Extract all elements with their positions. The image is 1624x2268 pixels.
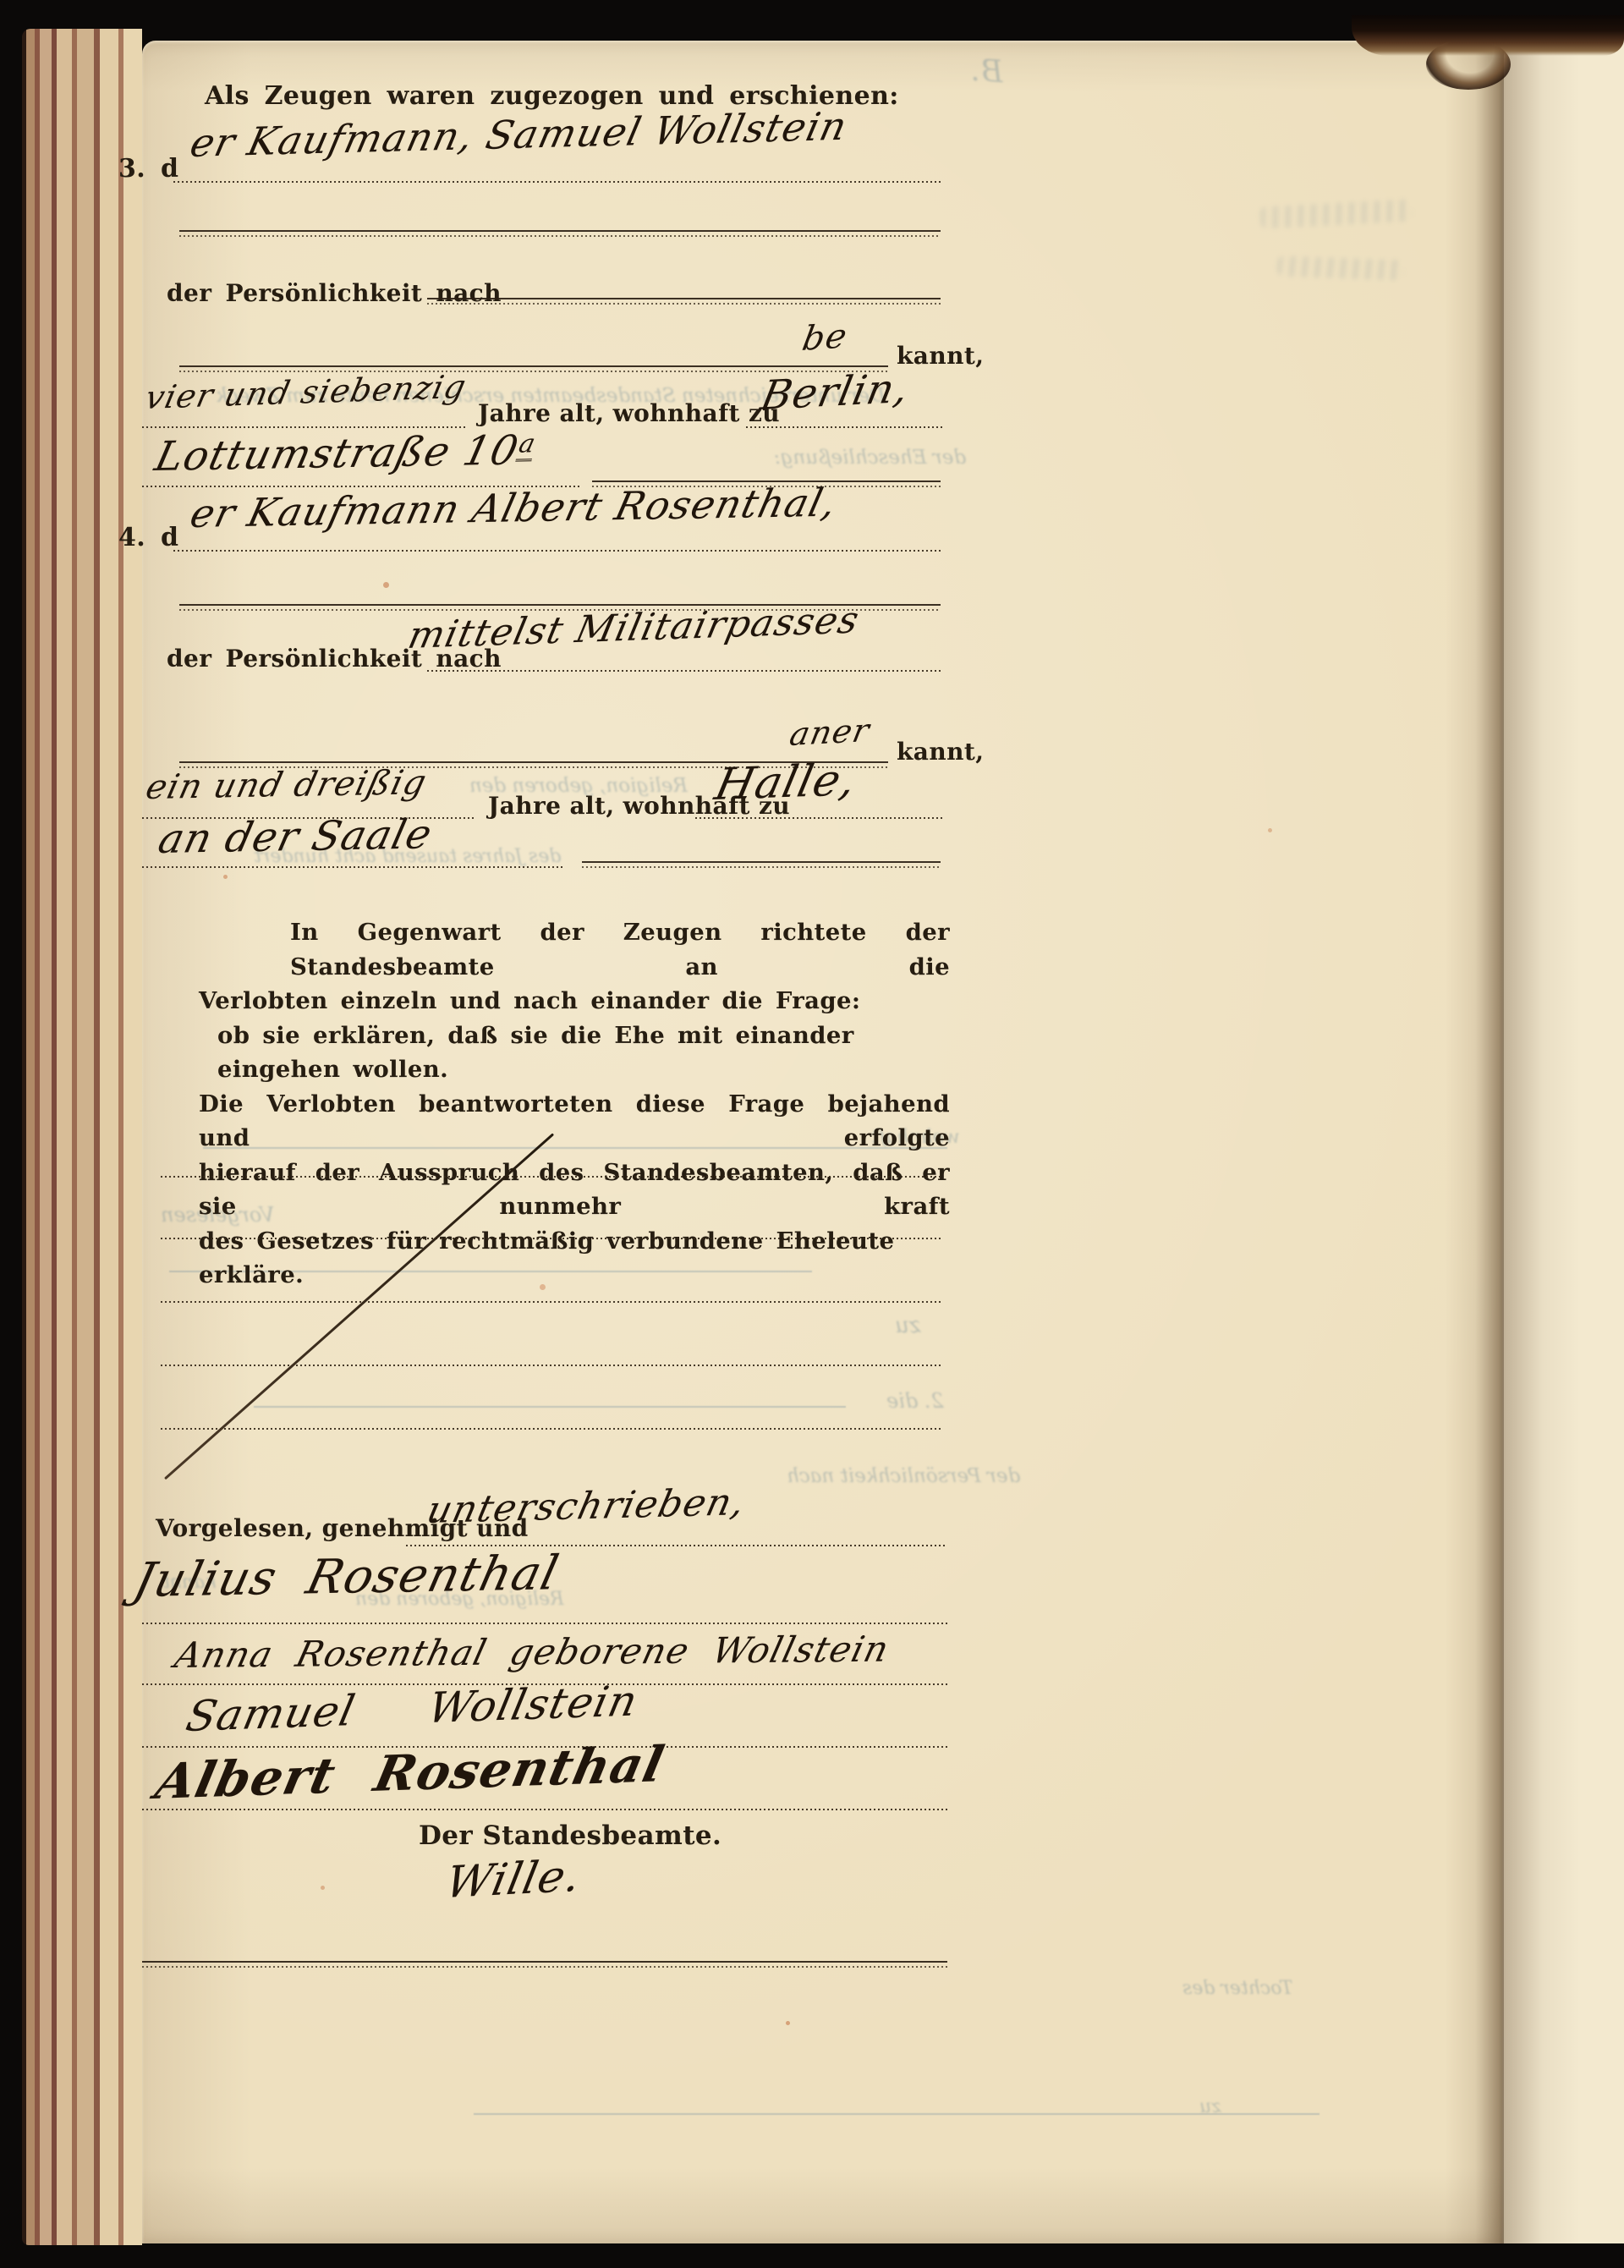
witness4-residence-handwriting: Halle, bbox=[710, 755, 861, 810]
ruled-line bbox=[142, 1623, 947, 1624]
blank-ruled-line bbox=[161, 1365, 943, 1366]
blank-ruled-line bbox=[161, 1301, 943, 1303]
witness4-recognized-handwriting: aner bbox=[787, 711, 873, 753]
scanned-registry-spread: B.Der unterzeichneten Standesbeamten ers… bbox=[0, 0, 1624, 2268]
ruled-line bbox=[142, 1809, 947, 1810]
declaration-line: Verlobten einzeln und nach einander die … bbox=[199, 984, 950, 1019]
declaration-line: ob sie erklären, daß sie die Ehe mit ein… bbox=[199, 1019, 950, 1087]
ruled-line bbox=[142, 866, 565, 868]
blank-ruled-line bbox=[161, 1428, 943, 1430]
bleedthrough-text: zu bbox=[895, 1313, 920, 1338]
bleedthrough-text: Tochter des bbox=[1182, 1978, 1292, 1999]
signed-handwriting: unterschrieben, bbox=[423, 1480, 749, 1532]
bleedthrough-rule bbox=[474, 2113, 1319, 2115]
declaration-line: des Gesetzes für rechtmäßig verbundene E… bbox=[199, 1224, 950, 1293]
witness3-number: 3. bbox=[118, 154, 145, 184]
blank-ruled-line bbox=[161, 1238, 943, 1239]
blank-ruled-line bbox=[161, 1176, 943, 1178]
ruled-line bbox=[142, 426, 468, 428]
ruled-line bbox=[406, 1545, 947, 1546]
declaration-line: In Gegenwart der Zeugen richtete der Sta… bbox=[199, 915, 950, 984]
bleedthrough-text: 2. die bbox=[886, 1389, 944, 1413]
declaration-paragraph: In Gegenwart der Zeugen richtete der Sta… bbox=[199, 915, 950, 1293]
signature-anna-rosenthal: Anna Rosenthal geborene Wollstein bbox=[171, 1628, 893, 1676]
witness4-age-handwriting: ein und dreißig bbox=[142, 763, 431, 807]
ruled-line bbox=[582, 861, 941, 868]
witness4-printed-prefix: d bbox=[161, 523, 178, 552]
ruled-line bbox=[173, 550, 943, 552]
witness3-recognized-handwriting: be bbox=[799, 317, 851, 359]
witness4-recognized-printed: kannt, bbox=[897, 738, 984, 766]
ruled-line bbox=[179, 230, 941, 237]
ruled-line bbox=[427, 298, 941, 305]
declaration-line: Die Verlobten beantworteten diese Frage … bbox=[199, 1087, 950, 1156]
signature-julius-rosenthal: Julius Rosenthal bbox=[129, 1546, 564, 1608]
witness3-age-printed: Jahre alt, wohnhaft zu bbox=[478, 399, 780, 427]
bleedthrough-text: der Eheschließung: bbox=[774, 447, 966, 469]
ruled-line bbox=[427, 670, 941, 672]
ruled-line bbox=[695, 817, 943, 819]
ruled-line bbox=[142, 1961, 947, 1968]
signature-wille: Wille. bbox=[442, 1851, 586, 1908]
ruled-line bbox=[173, 181, 943, 183]
bleedthrough-text: der Persönlichkeit nach bbox=[787, 1465, 1020, 1487]
witness3-printed-prefix: d bbox=[161, 154, 178, 184]
registrar-label: Der Standesbeamte. bbox=[419, 1820, 721, 1851]
bleedthrough-rule bbox=[254, 1406, 846, 1408]
witness3-residence-handwriting: Berlin, bbox=[757, 365, 913, 420]
ruled-line bbox=[746, 426, 943, 428]
witness4-residence-line2-handwriting: an der Saale bbox=[154, 810, 437, 863]
witness3-street-handwriting: Lottumstraße 10a bbox=[151, 426, 540, 481]
bleedthrough-text: B. bbox=[970, 53, 1005, 91]
declaration-line: hierauf der Ausspruch des Standesbeamten… bbox=[199, 1156, 950, 1224]
witness4-number: 4. bbox=[118, 523, 145, 552]
street-text: Lottumstraße 10 bbox=[151, 427, 524, 481]
